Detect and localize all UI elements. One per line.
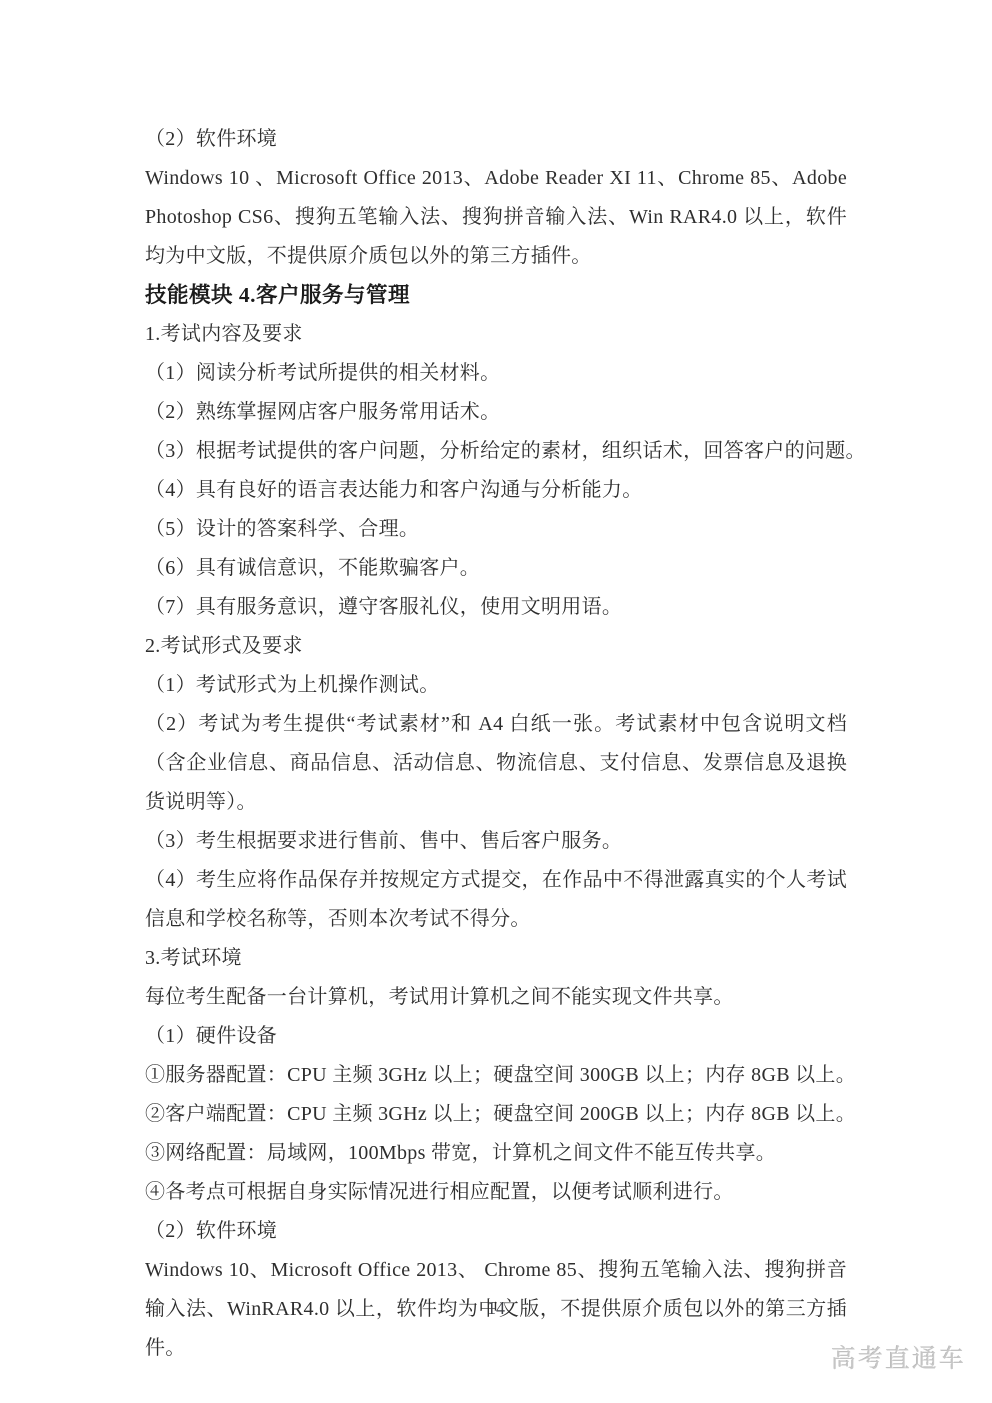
list-item-config-server: ①服务器配置：CPU 主频 3GHz 以上；硬盘空间 300GB 以上；内存 8… <box>145 1056 847 1095</box>
list-item-form-4: （4）考生应将作品保存并按规定方式提交，在作品中不得泄露真实的个人考试信息和学校… <box>145 861 847 939</box>
paragraph-exam-form-heading: 2.考试形式及要求 <box>145 627 847 666</box>
paragraph-software-list: Windows 10 、Microsoft Office 2013、Adobe … <box>145 159 847 276</box>
document-page: （2）软件环境 Windows 10 、Microsoft Office 201… <box>0 0 992 1403</box>
list-item-form-1: （1）考试形式为上机操作测试。 <box>145 666 847 705</box>
list-item-requirement-3: （3）根据考试提供的客户问题，分析给定的素材，组织话术，回答客户的问题。 <box>145 432 847 471</box>
watermark-text: 高考直通车 <box>831 1344 966 1376</box>
list-item-config-network: ③网络配置：局域网，100Mbps 带宽，计算机之间文件不能互传共享。 <box>145 1134 847 1173</box>
list-item-form-3: （3）考生根据要求进行售前、售中、售后客户服务。 <box>145 822 847 861</box>
paragraph-software-env-label-2: （2）软件环境 <box>145 1212 847 1251</box>
list-item-form-2: （2）考试为考生提供“考试素材”和 A4 白纸一张。考试素材中包含说明文档（含企… <box>145 705 847 822</box>
list-item-requirement-6: （6）具有诚信意识，不能欺骗客户。 <box>145 549 847 588</box>
section-heading-module4: 技能模块 4.客户服务与管理 <box>145 276 847 315</box>
paragraph-exam-content-heading: 1.考试内容及要求 <box>145 315 847 354</box>
page-number: 14 <box>0 1294 992 1322</box>
list-item-requirement-7: （7）具有服务意识，遵守客服礼仪，使用文明用语。 <box>145 588 847 627</box>
list-item-requirement-4: （4）具有良好的语言表达能力和客户沟通与分析能力。 <box>145 471 847 510</box>
paragraph-hardware-label: （1）硬件设备 <box>145 1017 847 1056</box>
list-item-config-client: ②客户端配置：CPU 主频 3GHz 以上；硬盘空间 200GB 以上；内存 8… <box>145 1095 847 1134</box>
paragraph-computer-note: 每位考生配备一台计算机，考试用计算机之间不能实现文件共享。 <box>145 978 847 1017</box>
list-item-requirement-5: （5）设计的答案科学、合理。 <box>145 510 847 549</box>
paragraph-software-env-label: （2）软件环境 <box>145 120 847 159</box>
paragraph-exam-environment-heading: 3.考试环境 <box>145 939 847 978</box>
document-content: （2）软件环境 Windows 10 、Microsoft Office 201… <box>145 120 847 1368</box>
list-item-config-site: ④各考点可根据自身实际情况进行相应配置，以便考试顺利进行。 <box>145 1173 847 1212</box>
list-item-requirement-1: （1）阅读分析考试所提供的相关材料。 <box>145 354 847 393</box>
list-item-requirement-2: （2）熟练掌握网店客户服务常用话术。 <box>145 393 847 432</box>
